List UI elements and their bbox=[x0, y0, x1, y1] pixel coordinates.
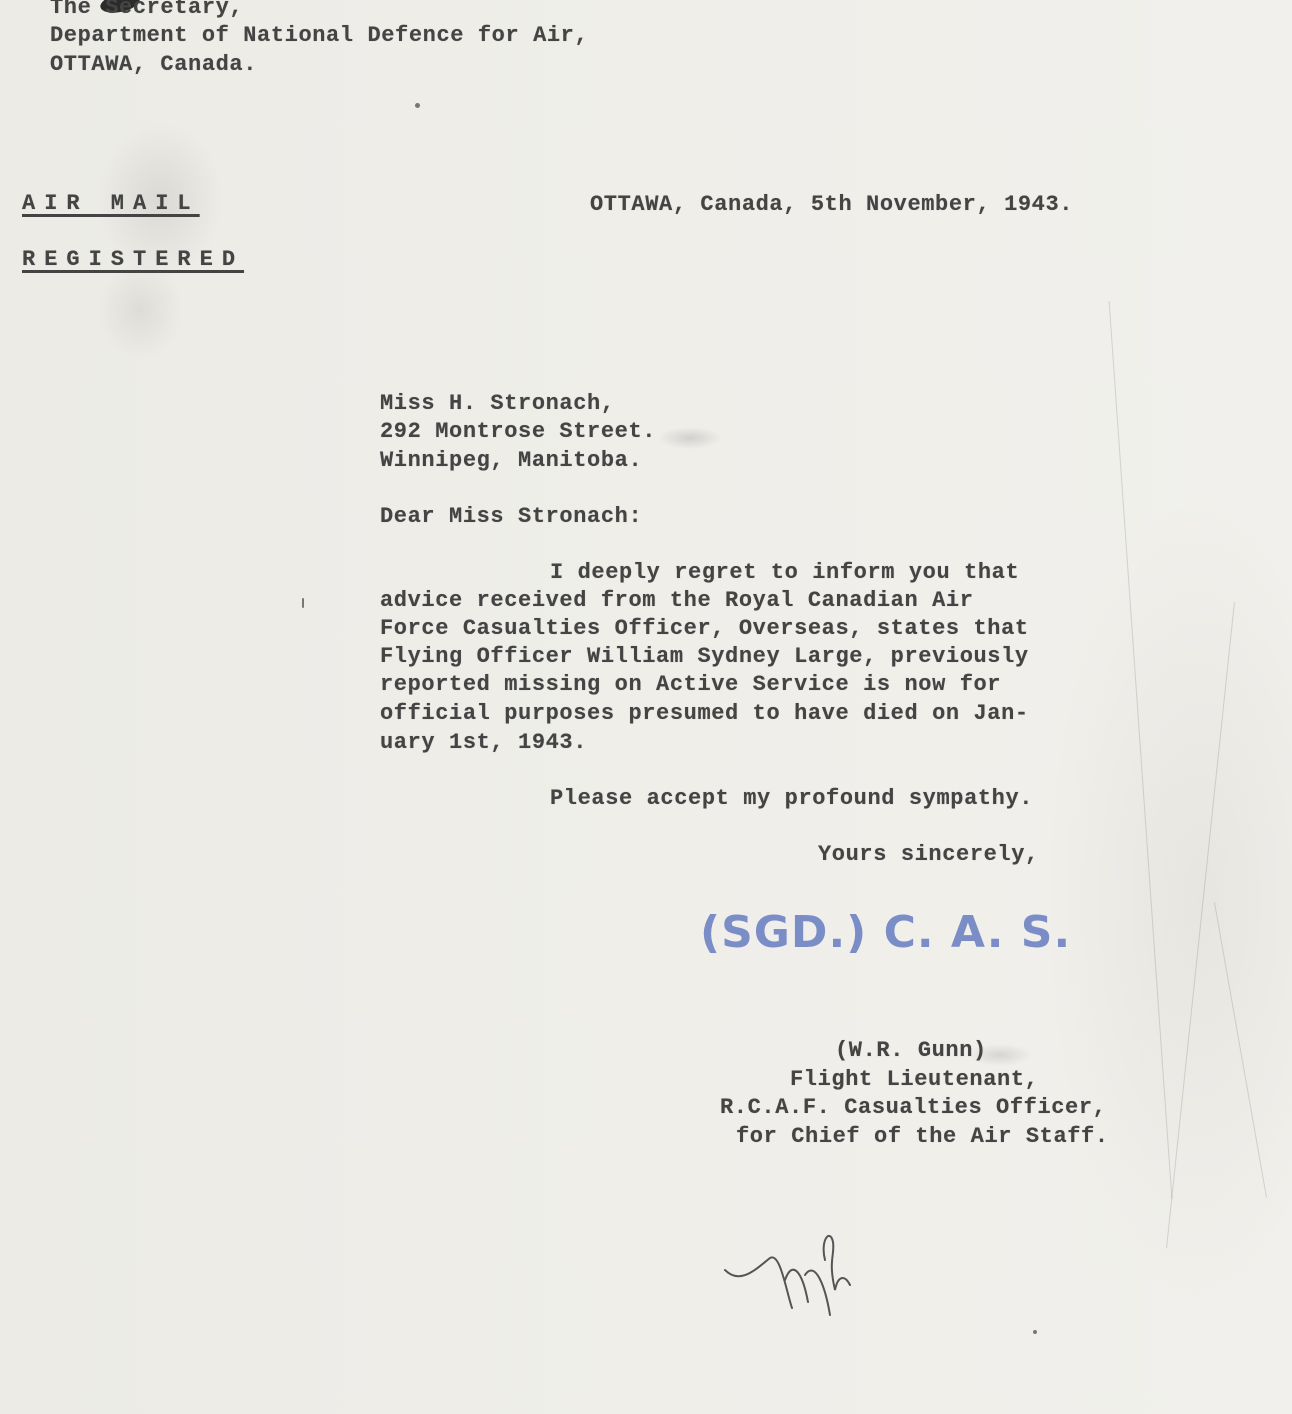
signatory-rank: Flight Lieutenant, bbox=[790, 1066, 1038, 1094]
closing-line: Yours sincerely, bbox=[818, 841, 1039, 869]
sympathy-line: Please accept my profound sympathy. bbox=[550, 785, 1033, 813]
paper-crease bbox=[1109, 301, 1173, 1199]
signatory-for-line: for Chief of the Air Staff. bbox=[736, 1123, 1109, 1151]
body-line: official purposes presumed to have died … bbox=[380, 700, 1029, 728]
signatory-name: (W.R. Gunn) bbox=[835, 1037, 987, 1065]
salutation: Dear Miss Stronach: bbox=[380, 503, 642, 531]
handwritten-initials bbox=[720, 1230, 860, 1340]
signatory-position: R.C.A.F. Casualties Officer, bbox=[720, 1094, 1106, 1122]
sender-line-1: The Secretary, bbox=[50, 0, 243, 22]
body-line: advice received from the Royal Canadian … bbox=[380, 587, 974, 615]
recipient-city: Winnipeg, Manitoba. bbox=[380, 447, 642, 475]
body-line: uary 1st, 1943. bbox=[380, 729, 587, 757]
sender-line-3: OTTAWA, Canada. bbox=[50, 51, 257, 79]
registered-marking: REGISTERED bbox=[22, 246, 244, 274]
body-line: reported missing on Active Service is no… bbox=[380, 671, 1001, 699]
sender-line-2: Department of National Defence for Air, bbox=[50, 22, 588, 50]
paper-crease bbox=[1166, 602, 1235, 1249]
body-line: I deeply regret to inform you that bbox=[550, 559, 1019, 587]
letter-paper: The Secretary, Department of National De… bbox=[0, 0, 1292, 1414]
signed-stamp: (SGD.) C. A. S. bbox=[700, 905, 1071, 961]
paper-speck bbox=[302, 598, 304, 608]
paper-speck bbox=[1033, 1330, 1037, 1334]
paper-speck bbox=[415, 103, 420, 108]
paper-crease bbox=[1214, 902, 1267, 1198]
recipient-street: 292 Montrose Street. bbox=[380, 418, 656, 446]
air-mail-marking: AIR MAIL bbox=[22, 190, 200, 218]
body-line: Force Casualties Officer, Overseas, stat… bbox=[380, 615, 1029, 643]
dateline: OTTAWA, Canada, 5th November, 1943. bbox=[590, 191, 1073, 219]
body-line: Flying Officer William Sydney Large, pre… bbox=[380, 643, 1029, 671]
recipient-name: Miss H. Stronach, bbox=[380, 390, 615, 418]
